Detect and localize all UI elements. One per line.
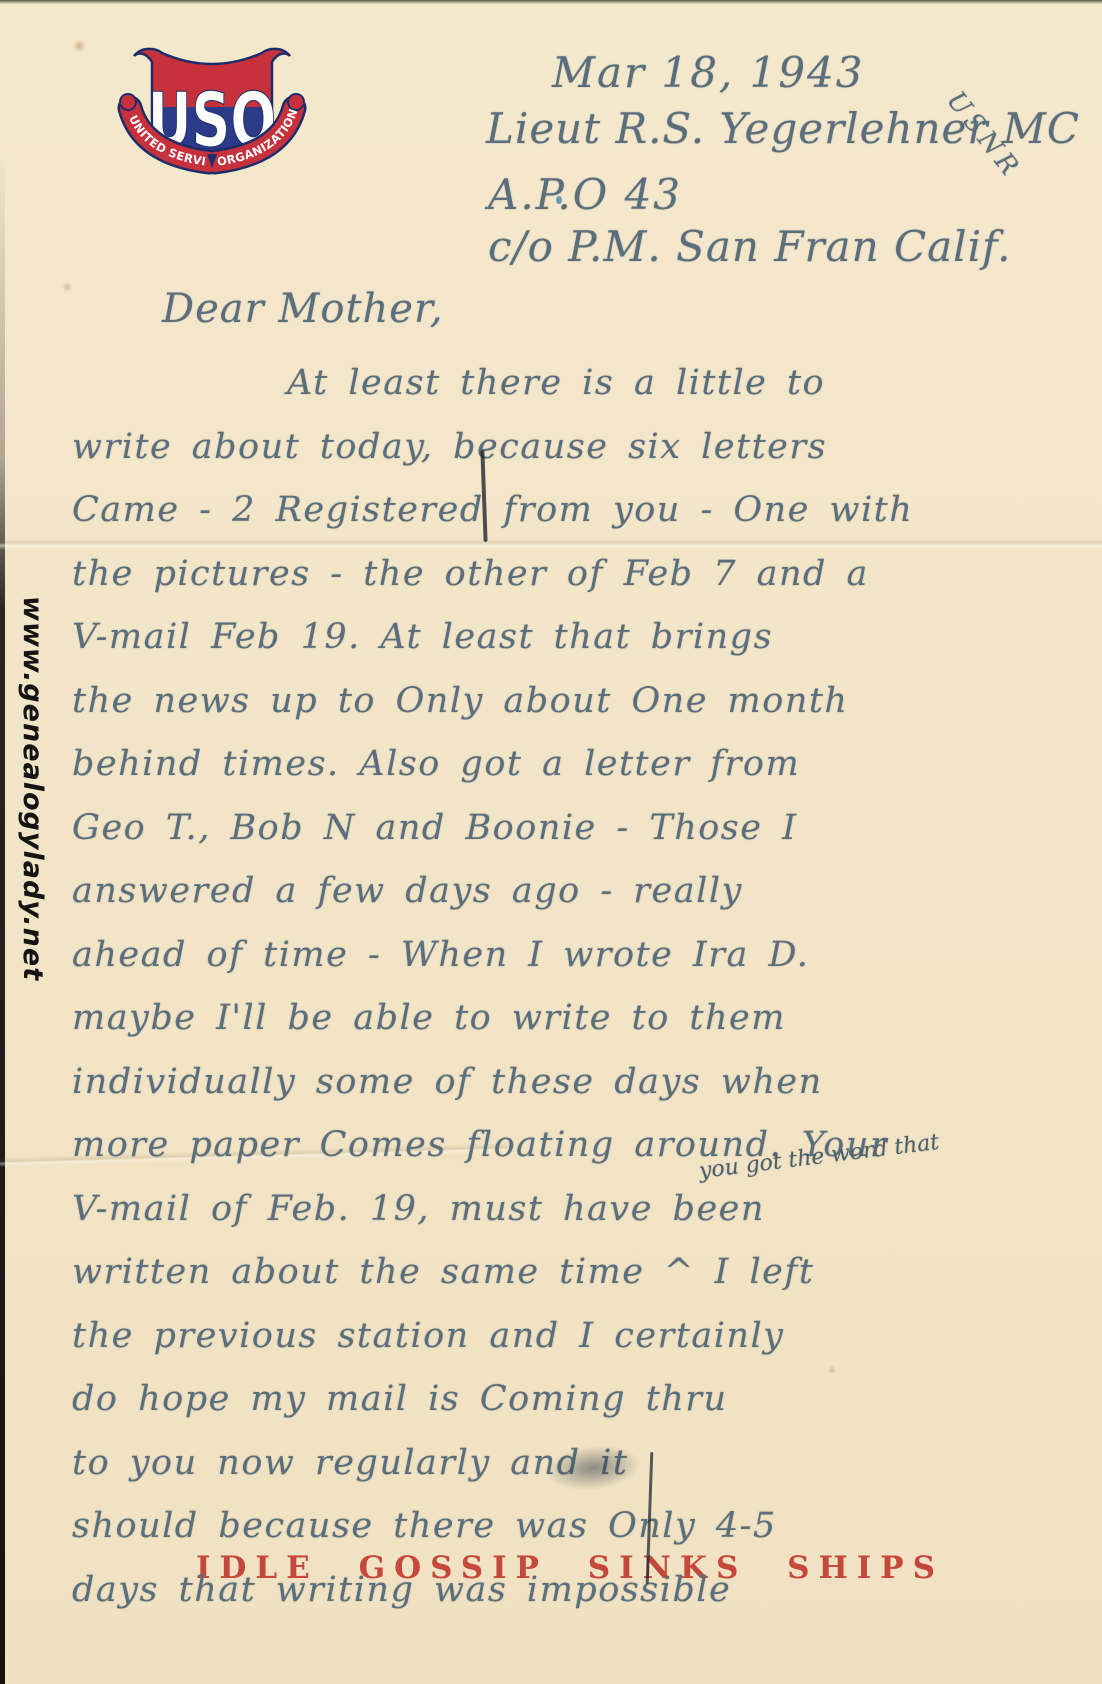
- uso-logo: USO UNITED SERVICE ORGANIZATIONS: [112, 44, 312, 194]
- watermark: www.genealogylady.net: [17, 596, 48, 981]
- letter-line: the previous station and I certainly: [72, 1305, 913, 1369]
- letter-line: to you now regularly and it: [72, 1432, 913, 1496]
- paper-stain: [72, 40, 87, 52]
- letter-line: should because there was Only 4-5: [72, 1495, 913, 1559]
- letter-line: do hope my mail is Coming thru: [72, 1368, 913, 1432]
- address-line: c/o P.M. San Fran Calif.: [488, 222, 1011, 271]
- letter-page: USO UNITED SERVICE ORGANIZATIONS Mar 18,…: [0, 0, 1102, 1684]
- letter-line: V-mail of Feb. 19, must have been: [72, 1178, 913, 1242]
- apo-line: A.P.O 43: [488, 170, 682, 219]
- letter-line: maybe I'll be able to write to them: [72, 987, 913, 1051]
- letter-line: written about the same time ^ I left: [72, 1241, 913, 1305]
- paper-stain: [62, 282, 73, 292]
- letter-line: Geo T., Bob N and Boonie - Those I: [72, 797, 913, 861]
- letter-line: answered a few days ago - really: [72, 860, 913, 924]
- letter-line: the pictures - the other of Feb 7 and a: [72, 543, 913, 607]
- salutation: Dear Mother,: [162, 286, 443, 332]
- letter-line: At least there is a little to: [72, 352, 913, 416]
- letter-line: the news up to Only about One month: [72, 670, 913, 734]
- page-edge-top: [0, 0, 1102, 4]
- letter-line: behind times. Also got a letter from: [72, 733, 913, 797]
- letter-line: individually some of these days when: [72, 1051, 913, 1115]
- letter-line: ahead of time - When I wrote Ira D.: [72, 924, 913, 988]
- letter-line: V-mail Feb 19. At least that brings: [72, 606, 913, 670]
- letter-line: Came - 2 Registered from you - One with: [72, 479, 913, 543]
- letter-body: At least there is a little to write abou…: [72, 352, 913, 1622]
- page-edge-left: [0, 150, 5, 1684]
- letter-line: days that writing was impossible: [72, 1559, 913, 1623]
- date-line: Mar 18, 1943: [552, 48, 865, 97]
- letter-line: write about today, because six letters: [72, 416, 913, 480]
